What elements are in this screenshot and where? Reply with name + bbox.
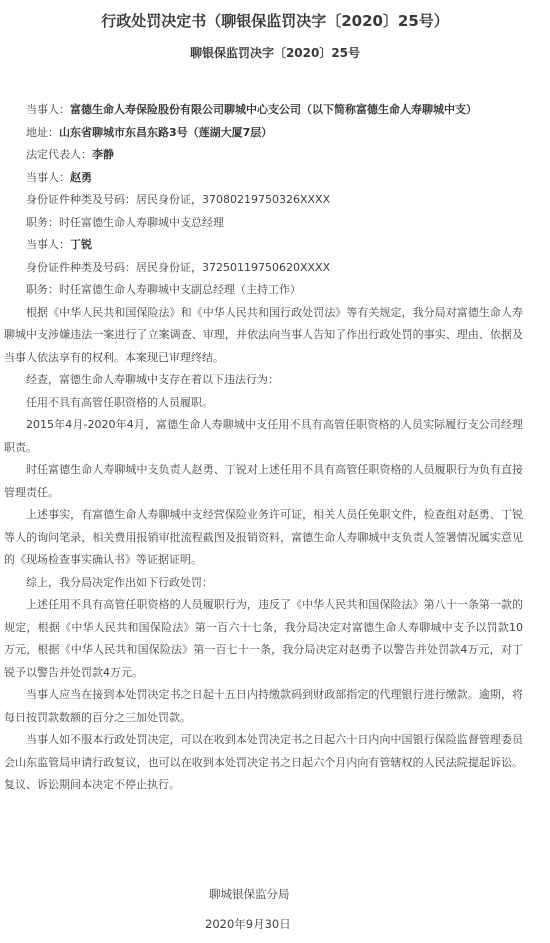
- document-body: 当事人：富德生命人寿保险股份有限公司聊城中心支公司（以下简称富德生命人寿聊城中支…: [4, 99, 523, 939]
- field-value: 丁锐: [70, 238, 92, 251]
- field-value: 居民身份证，37080219750326XXXX: [136, 193, 330, 206]
- field-value: 李静: [92, 148, 114, 161]
- field-label: 身份证件种类及号码：: [26, 193, 136, 206]
- field-label: 当事人：: [26, 238, 70, 251]
- position-1-line: 职务：时任富德生命人寿聊城中支总经理: [4, 212, 523, 235]
- field-label: 法定代表人：: [26, 148, 92, 161]
- paragraph-evidence: 上述事实，有富德生命人寿聊城中支经营保险业务许可证，相关人员任免职文件，检查组对…: [4, 504, 523, 572]
- field-value: 居民身份证，37250119750620XXXX: [136, 261, 330, 274]
- paragraph-violation: 任用不具有高管任职资格的人员履职。: [4, 392, 523, 415]
- field-label: 职务：: [26, 283, 59, 296]
- field-value: 富德生命人寿保险股份有限公司聊城中心支公司（以下简称富德生命人寿聊城中支）: [70, 103, 477, 116]
- paragraph-appeal-rights: 当事人如不服本行政处罚决定，可以在收到本处罚决定书之日起六十日内向中国银行保险监…: [4, 729, 523, 797]
- paragraph-findings-intro: 经查，富德生命人寿聊城中支存在着以下违法行为：: [4, 369, 523, 392]
- field-value: 赵勇: [70, 171, 92, 184]
- party-person-1-line: 当事人：赵勇: [4, 167, 523, 190]
- paragraph-case-basis: 根据《中华人民共和国保险法》和《中华人民共和国行政处罚法》等有关规定，我分局对富…: [4, 302, 523, 370]
- field-label: 身份证件种类及号码：: [26, 261, 136, 274]
- field-value: 时任富德生命人寿聊城中支总经理: [59, 216, 224, 229]
- field-label: 地址：: [26, 126, 59, 139]
- paragraph-violation-detail: 2015年4月-2020年4月，富德生命人寿聊城中支任用不具有高管任职资格的人员…: [4, 414, 523, 459]
- address-line: 地址：山东省聊城市东昌东路3号（莲湖大厦7层）: [4, 122, 523, 145]
- legal-representative-line: 法定代表人：李静: [4, 144, 523, 167]
- document-title: 行政处罚决定书（聊银保监罚决字〔2020〕25号）: [8, 11, 542, 31]
- paragraph-decision-intro: 综上，我分局决定作出如下行政处罚：: [4, 572, 523, 595]
- field-value: 时任富德生命人寿聊城中支副总经理（主持工作）: [59, 283, 301, 296]
- id-number-1-line: 身份证件种类及号码：居民身份证，37080219750326XXXX: [4, 189, 523, 212]
- field-label: 职务：: [26, 216, 59, 229]
- penalty-decision-document: 行政处罚决定书（聊银保监罚决字〔2020〕25号） 聊银保监罚决字〔2020〕2…: [0, 0, 550, 943]
- paragraph-penalty-decision: 上述任用不具有高管任职资格的人员履职行为，违反了《中华人民共和国保险法》第八十一…: [4, 594, 523, 684]
- issuing-agency: 聊城银保监分局: [4, 879, 523, 909]
- position-2-line: 职务：时任富德生命人寿聊城中支副总经理（主持工作）: [4, 279, 523, 302]
- field-label: 当事人：: [26, 103, 70, 116]
- party-person-2-line: 当事人：丁锐: [4, 234, 523, 257]
- paragraph-payment-instruction: 当事人应当在接到本处罚决定书之日起十五日内持缴款码到财政部指定的代理银行进行缴款…: [4, 684, 523, 729]
- field-value: 山东省聊城市东昌东路3号（莲湖大厦7层）: [59, 126, 272, 139]
- paragraph-responsibility: 时任富德生命人寿聊城中支负责人赵勇、丁锐对上述任用不具有高管任职资格的人员履职行…: [4, 459, 523, 504]
- issue-date: 2020年9月30日: [4, 909, 523, 939]
- party-company-line: 当事人：富德生命人寿保险股份有限公司聊城中心支公司（以下简称富德生命人寿聊城中支…: [4, 99, 523, 122]
- id-number-2-line: 身份证件种类及号码：居民身份证，37250119750620XXXX: [4, 257, 523, 280]
- signature-block: 聊城银保监分局 2020年9月30日: [4, 879, 523, 939]
- document-number: 聊银保监罚决字〔2020〕25号: [8, 45, 542, 61]
- field-label: 当事人：: [26, 171, 70, 184]
